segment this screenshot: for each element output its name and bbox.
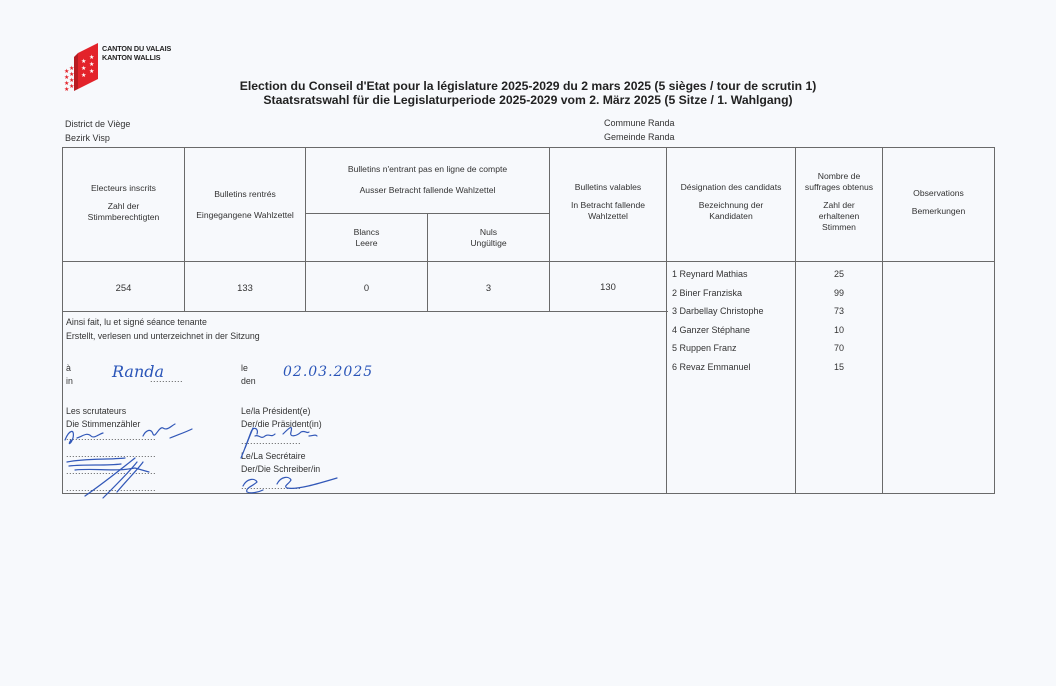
candidate-votes: 25 [796, 269, 882, 279]
candidate-votes: 99 [796, 288, 882, 298]
header-electeurs-de-2: Stimmberechtigten [63, 212, 184, 223]
header-electeurs-de-1: Zahl der [63, 201, 184, 212]
handwritten-signatures [55, 350, 375, 510]
candidate-votes: 10 [796, 325, 882, 335]
value-blancs: 0 [306, 282, 427, 293]
header-non-compte: Bulletins n'entrant pas en ligne de comp… [306, 164, 549, 196]
svg-text:★: ★ [89, 61, 94, 68]
document-title-fr: Election du Conseil d'Etat pour la légis… [0, 79, 1056, 93]
document-title-de: Staatsratswahl für die Legislaturperiode… [0, 93, 1056, 107]
statement-fr: Ainsi fait, lu et signé séance tenante [66, 316, 207, 328]
header-nuls-de: Ungültige [428, 238, 549, 249]
header-valables-de-2: Wahlzettel [550, 211, 666, 222]
header-rentres-fr: Bulletins rentrés [185, 189, 305, 200]
table-border-right [994, 147, 995, 494]
svg-text:★: ★ [81, 65, 86, 72]
svg-text:★: ★ [89, 54, 94, 61]
header-electeurs-fr: Electeurs inscrits [63, 183, 184, 194]
svg-text:★: ★ [81, 58, 86, 65]
statement-de: Erstellt, verlesen und unterzeichnet in … [66, 330, 260, 342]
header-blancs-fr: Blancs [306, 227, 427, 238]
candidate-name: 4 Ganzer Stéphane [672, 325, 750, 335]
candidate-votes: 73 [796, 306, 882, 316]
header-rentres: Bulletins rentrés Eingegangene Wahlzette… [185, 189, 305, 221]
header-suffrages-fr-2: suffrages obtenus [796, 182, 882, 193]
candidate-votes: 70 [796, 343, 882, 353]
values-bottom-line [62, 311, 668, 312]
header-rentres-de: Eingegangene Wahlzettel [185, 210, 305, 221]
candidate-name: 2 Biner Franziska [672, 288, 742, 298]
canton-name-fr: CANTON DU VALAIS [102, 44, 171, 53]
candidate-name: 6 Revaz Emmanuel [672, 362, 751, 372]
candidate-name: 1 Reynard Mathias [672, 269, 748, 279]
header-suffrages-fr-1: Nombre de [796, 171, 882, 182]
header-candidats-fr: Désignation des candidats [667, 182, 795, 193]
value-rentres: 133 [185, 282, 305, 293]
value-electeurs: 254 [63, 282, 184, 293]
header-valables: Bulletins valables In Betracht fallende … [550, 182, 666, 222]
header-nuls: Nuls Ungültige [428, 227, 549, 249]
header-non-compte-de: Ausser Betracht fallende Wahlzettel [306, 185, 549, 196]
value-valables: 130 [550, 281, 666, 292]
value-nuls: 3 [428, 282, 549, 293]
candidate-votes: 15 [796, 362, 882, 372]
header-electeurs: Electeurs inscrits Zahl der Stimmberecht… [63, 183, 184, 223]
header-candidats: Désignation des candidats Bezeichnung de… [667, 182, 795, 222]
header-candidats-de-1: Bezeichnung der [667, 200, 795, 211]
header-suffrages-de-2: erhaltenen [796, 211, 882, 222]
header-candidats-de-2: Kandidaten [667, 211, 795, 222]
header-valables-de-1: In Betracht fallende [550, 200, 666, 211]
header-blancs-de: Leere [306, 238, 427, 249]
commune-de: Gemeinde Randa [604, 132, 675, 142]
header-nuls-fr: Nuls [428, 227, 549, 238]
header-observations-fr: Observations [883, 188, 994, 199]
header-observations-de: Bemerkungen [883, 206, 994, 217]
canton-name: CANTON DU VALAIS KANTON WALLIS [102, 44, 171, 62]
header-suffrages-de-3: Stimmen [796, 222, 882, 233]
header-valables-fr: Bulletins valables [550, 182, 666, 193]
header-bottom-line [62, 261, 995, 262]
commune-fr: Commune Randa [604, 118, 675, 128]
district-de: Bezirk Visp [65, 133, 110, 143]
canton-name-de: KANTON WALLIS [102, 53, 171, 62]
header-suffrages-de-1: Zahl der [796, 200, 882, 211]
district-fr: District de Viège [65, 119, 130, 129]
header-observations: Observations Bemerkungen [883, 188, 994, 217]
header-suffrages: Nombre de suffrages obtenus Zahl der erh… [796, 171, 882, 233]
svg-text:★: ★ [89, 68, 94, 75]
candidate-name: 5 Ruppen Franz [672, 343, 737, 353]
candidate-name: 3 Darbellay Christophe [672, 306, 764, 316]
svg-text:★: ★ [81, 72, 86, 79]
header-non-compte-fr: Bulletins n'entrant pas en ligne de comp… [306, 164, 549, 175]
header-blancs: Blancs Leere [306, 227, 427, 249]
table-border-top [62, 147, 995, 148]
